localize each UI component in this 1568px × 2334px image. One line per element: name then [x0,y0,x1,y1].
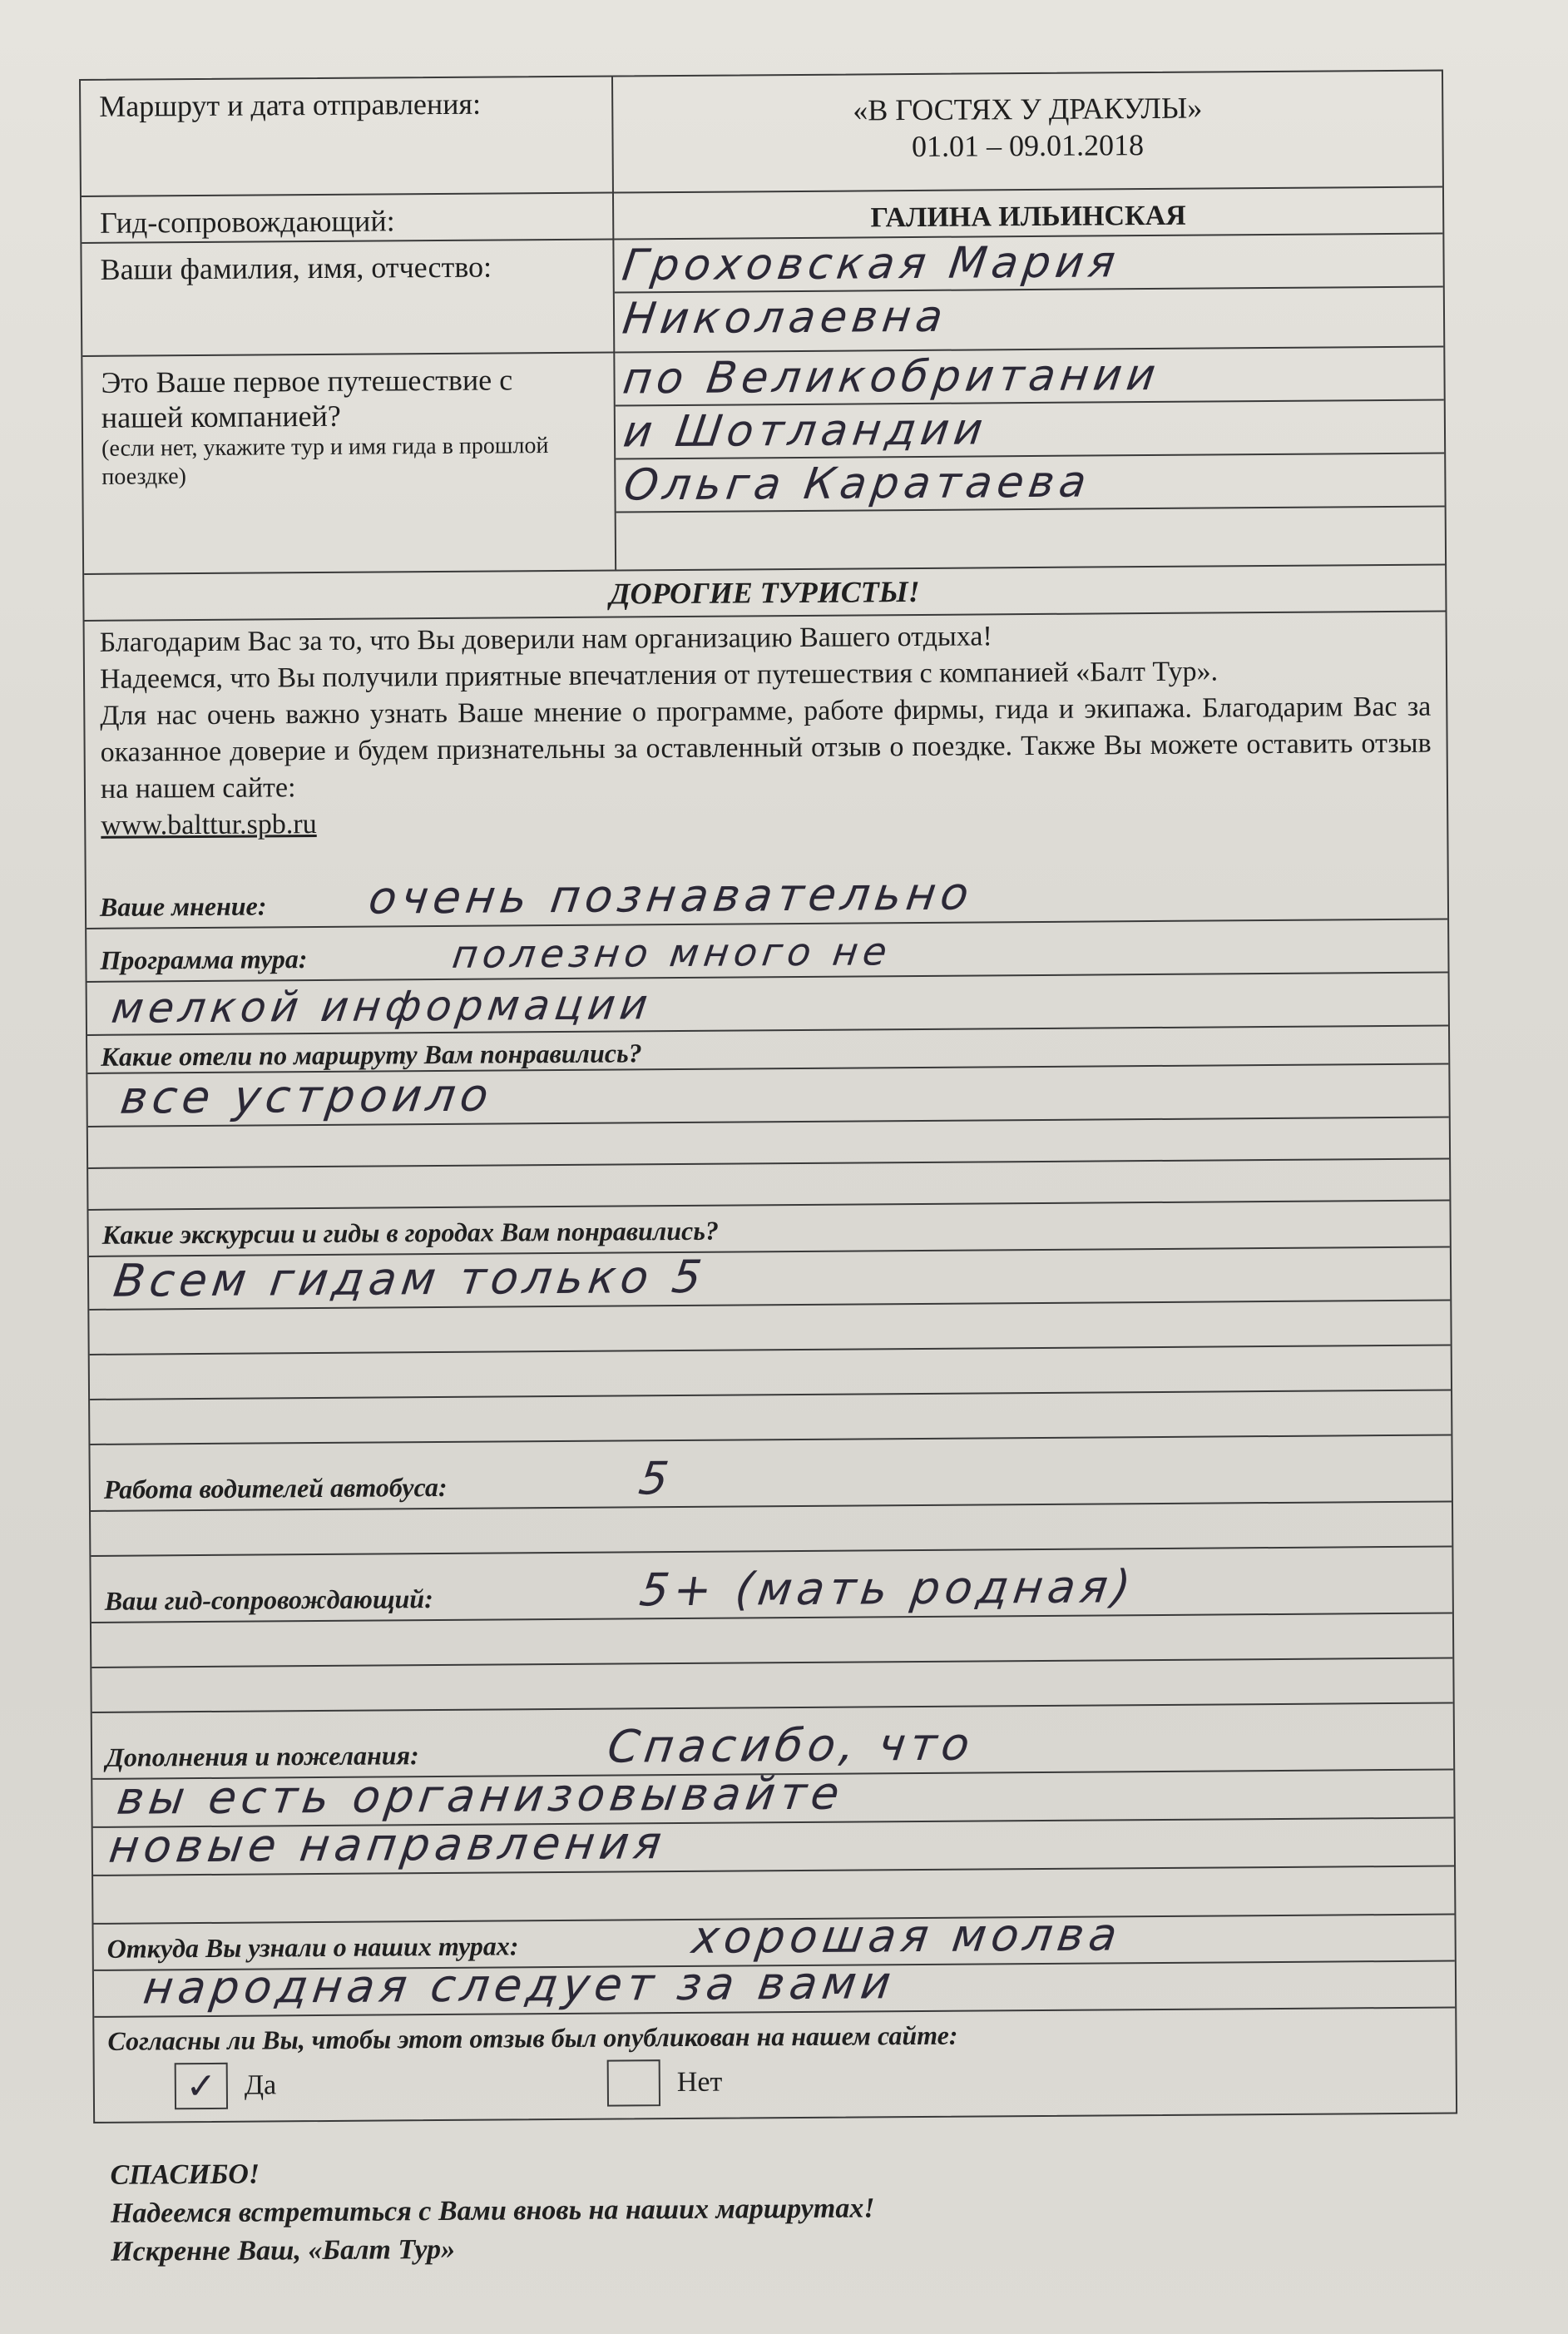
fio-line-2: Николаевна [620,291,951,345]
consent-no-checkbox[interactable] [607,2059,660,2106]
header-table: Маршрут и дата отправления: «В ГОСТЯХ У … [81,72,1445,573]
feedback-form: Маршрут и дата отправления: «В ГОСТЯХ У … [79,70,1457,2123]
excursions-answer: Всем гидам только 5 [111,1251,710,1307]
route-name: «В ГОСТЯХ У ДРАКУЛЫ» [631,88,1423,131]
drivers-row[interactable]: Работа водителей автобуса: 5 [90,1436,1452,1512]
program-row-2[interactable]: мелкой информации [87,974,1448,1036]
consent-section: Согласны ли Вы, чтобы этот отзыв был опу… [94,2009,1456,2122]
hotels-row[interactable]: все устроило [87,1065,1448,1127]
first-trip-hint: (если нет, укажите тур и имя гида в прош… [101,432,596,492]
guide-feedback-answer: 5+ (мать родная) [636,1560,1138,1616]
consent-no-label: Нет [677,2067,723,2099]
wishes-answer-3: новые направления [106,1816,670,1873]
wishes-answer-2: вы есть организовывайте [114,1767,847,1825]
first-trip-line-3: Ольга Каратаева [621,456,1094,511]
guide-label: Гид-сопровождающий: [82,194,614,244]
consent-options: ✓ Да Нет [108,2054,1442,2110]
drivers-label: Работа водителей автобуса: [104,1472,448,1505]
program-label: Программа тура: [100,944,307,976]
drivers-answer: 5 [636,1452,677,1504]
first-trip-field[interactable]: по Великобритании и Шотландии Ольга Кара… [615,348,1445,570]
closing-message: СПАСИБО! Надеемся встретиться с Вами вно… [93,2147,1458,2271]
program-answer-2: мелкой информации [109,980,655,1033]
hotels-label: Какие отели по маршруту Вам понравились? [101,1038,642,1073]
wishes-answer: Спасибо, что [605,1718,977,1773]
guide-name: ГАЛИНА ИЛЬИНСКАЯ [614,188,1442,240]
first-trip-question: Это Ваше первое путешествие с нашей комп… [101,362,596,435]
source-answer: хорошая молва [689,1908,1125,1964]
guide-feedback-label: Ваш гид-сопровождающий: [105,1583,433,1617]
route-dates: 01.01 – 09.01.2018 [631,125,1423,167]
excursions-row[interactable]: Всем гидам только 5 [89,1248,1450,1311]
first-trip-line-2: и Шотландии [621,404,991,458]
first-trip-line-1: по Великобритании [620,349,1163,405]
hotels-answer: все устроило [117,1069,496,1124]
guide-row[interactable]: Ваш гид-сопровождающий: 5+ (мать родная) [91,1548,1452,1623]
website-link[interactable]: www.balttur.spb.ru [101,809,317,841]
fio-line-1: Гроховская Мария [619,236,1123,291]
wishes-label: Дополнения и пожелания: [106,1740,419,1773]
fio-field[interactable]: Гроховская Мария Николаевна [614,235,1443,354]
opinion-label: Ваше мнение: [100,890,267,922]
route-label: Маршрут и дата отправления: [81,77,614,197]
program-row[interactable]: Программа тура: полезно много не [87,920,1447,983]
opinion-row[interactable]: Ваше мнение: очень познавательно [87,852,1448,929]
excursions-label: Какие экскурсии и гиды в городах Вам пон… [102,1216,719,1251]
check-mark-icon: ✓ [185,2064,216,2107]
route-value: «В ГОСТЯХ У ДРАКУЛЫ» 01.01 – 09.01.2018 [613,72,1442,194]
consent-no-option[interactable]: Нет [607,2057,1040,2107]
intro-paragraph-3: Для нас очень важно узнать Ваше мнение о… [100,689,1432,808]
opinion-answer: очень познавательно [366,867,977,924]
first-trip-label-cell: Это Ваше первое путешествие с нашей комп… [82,354,616,573]
intro-text: Благодарим Вас за то, что Вы доверили на… [85,612,1447,861]
source-answer-2: народная следует за вами [141,1956,899,2014]
feedback-form-sheet: Маршрут и дата отправления: «В ГОСТЯХ У … [79,70,1458,2272]
consent-yes-option[interactable]: ✓ Да [175,2060,607,2110]
program-answer: полезно много не [450,929,895,977]
intro-section: ДОРОГИЕ ТУРИСТЫ! Благодарим Вас за то, ч… [84,564,1447,861]
fio-label: Ваши фамилия, имя, отчество: [82,240,615,357]
questions-section: Ваше мнение: очень познавательно Програм… [87,852,1456,2018]
consent-yes-checkbox[interactable]: ✓ [175,2063,228,2109]
consent-yes-label: Да [245,2069,277,2101]
consent-label: Согласны ли Вы, чтобы этот отзыв был опу… [107,2017,1442,2057]
source-row-2[interactable]: народная следует за вами [94,1962,1455,2018]
